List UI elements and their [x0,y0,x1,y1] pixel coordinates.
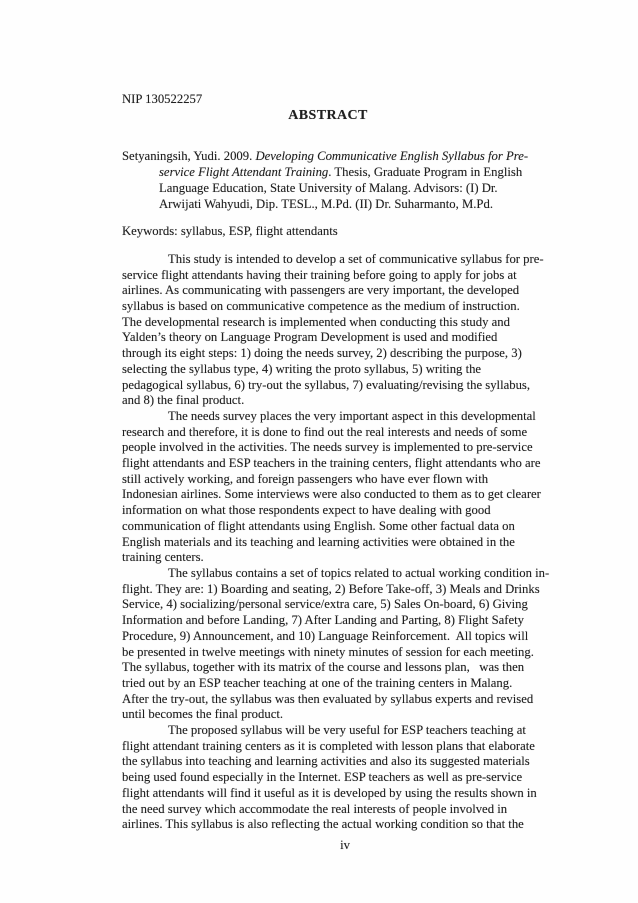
text-line: Service, 4) socializing/personal service… [122,597,534,613]
abstract-heading: ABSTRACT [122,108,534,124]
text-line: Procedure, 9) Announcement, and 10) Lang… [122,629,534,645]
text-line: The needs survey places the very importa… [122,409,534,425]
text-line: and 8) the final product. [122,393,534,409]
text-line: people involved in the activities. The n… [122,440,534,456]
text-line: until becomes the final product. [122,707,534,723]
text-line: Information and before Landing, 7) After… [122,613,534,629]
citation-line: Setyaningsih, Yudi. 2009. Developing Com… [122,149,534,165]
page-content: NIP 130522257 ABSTRACT Setyaningsih, Yud… [122,92,534,833]
abstract-paragraph-1: This study is intended to develop a set … [122,252,534,409]
text-line: research and therefore, it is done to fi… [122,425,534,441]
text-line: service flight attendants having their t… [122,268,534,284]
text-line: flight. They are: 1) Boarding and seatin… [122,582,534,598]
text-line: being used found especially in the Inter… [122,770,534,786]
text-line: tried out by an ESP teacher teaching at … [122,676,534,692]
text-line: be presented in twelve meetings with nin… [122,645,534,661]
text-line: through its eight steps: 1) doing the ne… [122,346,534,362]
text-line: Indonesian airlines. Some interviews wer… [122,487,534,503]
text-line: airlines. This syllabus is also reflecti… [122,817,534,833]
thesis-title-italic: service Flight Attendant Training [159,165,328,179]
citation-author-year: Setyaningsih, Yudi. 2009. [122,149,255,163]
citation-detail: . Thesis, Graduate Program in English [328,165,522,179]
abstract-paragraph-4: The proposed syllabus will be very usefu… [122,723,534,833]
citation-line: service Flight Attendant Training. Thesi… [122,165,534,181]
nip-number: NIP 130522257 [122,92,534,108]
text-line: The developmental research is implemente… [122,315,534,331]
text-line: airlines. As communicating with passenge… [122,283,534,299]
text-line: Yalden’s theory on Language Program Deve… [122,330,534,346]
thesis-title-italic: Developing Communicative English Syllabu… [255,149,528,163]
text-line: flight attendants and ESP teachers in th… [122,456,534,472]
text-line: The proposed syllabus will be very usefu… [122,723,534,739]
thesis-citation: Setyaningsih, Yudi. 2009. Developing Com… [122,149,534,212]
text-line: communication of flight attendants using… [122,519,534,535]
citation-line: Language Education, State University of … [122,181,534,197]
text-line: selecting the syllabus type, 4) writing … [122,362,534,378]
text-line: pedagogical syllabus, 6) try-out the syl… [122,378,534,394]
text-line: This study is intended to develop a set … [122,252,534,268]
text-line: The syllabus contains a set of topics re… [122,566,534,582]
page-number: iv [96,838,594,854]
text-line: The syllabus, together with its matrix o… [122,660,534,676]
text-line: After the try-out, the syllabus was then… [122,692,534,708]
citation-line: Arwijati Wahyudi, Dip. TESL., M.Pd. (II)… [122,197,534,213]
text-line: the need survey which accommodate the re… [122,802,534,818]
text-line: training centers. [122,550,534,566]
abstract-paragraph-3: The syllabus contains a set of topics re… [122,566,534,723]
text-line: information on what those respondents ex… [122,503,534,519]
text-line: still actively working, and foreign pass… [122,472,534,488]
abstract-page: NIP 130522257 ABSTRACT Setyaningsih, Yud… [0,0,638,903]
text-line: syllabus is based on communicative compe… [122,299,534,315]
keywords-line: Keywords: syllabus, ESP, flight attendan… [122,224,534,240]
text-line: the syllabus into teaching and learning … [122,754,534,770]
text-line: flight attendants will find it useful as… [122,786,534,802]
abstract-paragraph-2: The needs survey places the very importa… [122,409,534,566]
text-line: English materials and its teaching and l… [122,535,534,551]
text-line: flight attendant training centers as it … [122,739,534,755]
